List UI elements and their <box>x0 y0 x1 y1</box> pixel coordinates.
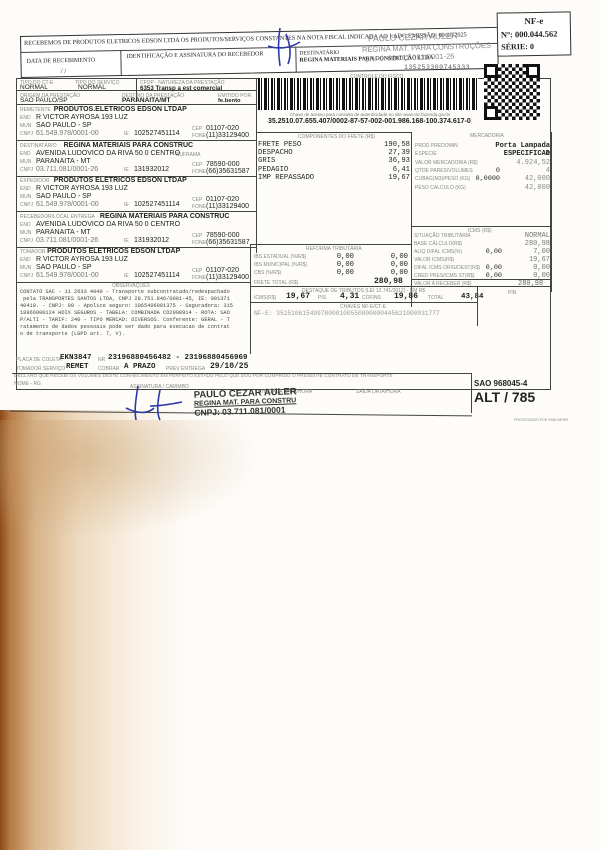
origem-value: SAO PAULO/SP <box>20 97 68 104</box>
tributos-icms-label: ICMS(R$) <box>254 295 276 301</box>
route-code: SAO 968045-4 <box>474 379 527 388</box>
party-ie-label: IE <box>124 167 129 173</box>
icms-row-value: NORMAL <box>500 232 550 240</box>
party-city: PARANAITA - MT <box>36 229 91 236</box>
party-cep: 01107-020 <box>206 125 239 132</box>
merch-row-value: 42,000 <box>490 184 550 192</box>
access-key[interactable]: 35.2510.07.655.407/0002-87-57-002-001.98… <box>268 118 471 125</box>
prev-label: PREV ENTREGA <box>166 366 205 372</box>
paper-stain <box>0 420 260 540</box>
party-cnpj: 61.549.978/0001-00 <box>36 130 99 137</box>
freight-item-name: FRETE PESO <box>258 141 301 149</box>
party-address: AVENIDA LUDOVICO DA RIVA 50 0 CENTRO <box>36 221 180 228</box>
nfe-serie: SÉRIE: 0 <box>501 42 534 52</box>
party-cep: 01107-020 <box>206 196 239 203</box>
party-cnpj-label: CNPJ <box>20 131 33 137</box>
processed-by: PROCESSADO POR SSW.inf.br <box>514 418 568 422</box>
icms-row-label: ALIQ DIFAL ICMS(%) <box>414 249 462 255</box>
signature-icon <box>120 384 190 424</box>
cobrar-value: A PRAZO <box>124 363 156 371</box>
reforma-row-label: IBS ESTADUAL (%/R$) <box>254 254 306 260</box>
stamp-cnpj: CNPJ: 03.711.081/0001 <box>194 404 297 418</box>
party-end-label: END <box>20 151 31 157</box>
party-cnpj-label: CNPJ <box>20 238 33 244</box>
party-cnpj: 61.549.978/0001-00 <box>36 272 99 279</box>
tributos-pis: 4,31 <box>340 292 359 301</box>
cobrar-label: COBRAR <box>98 366 119 372</box>
tributos-cofins: 19,86 <box>394 292 418 301</box>
nome-rg-label: NOME - RG <box>14 381 41 387</box>
party-cnpj-label: CNPJ <box>20 202 33 208</box>
icms-row-value: 280,98 <box>500 240 550 248</box>
freight-item-value: 27,39 <box>380 149 410 157</box>
reforma-row-pct: 0,00 <box>330 261 354 269</box>
frete-total-value: 280,98 <box>374 277 403 286</box>
merch-row-value: 4.924,52 <box>490 159 550 167</box>
party-fone: (11)33129400 <box>206 132 249 139</box>
receipt-date-field[interactable]: / / <box>61 67 67 75</box>
party-cep-label: CEP <box>192 268 202 274</box>
icms-row-mid: 0,00 <box>478 264 502 272</box>
freight-item-value: 6,41 <box>380 166 410 174</box>
freight-item-name: DESPACHO <box>258 149 293 157</box>
icms-row-label: BASE CÁLCULO(R$) <box>414 241 462 247</box>
party-fone-label: FONE <box>192 133 206 139</box>
tributos-total-label: TOTAL <box>428 295 444 301</box>
nr-value: 23196880456482 - 23196880456969 <box>108 354 248 362</box>
party-cep-label: CEP <box>192 233 202 239</box>
merch-row-label: PESO CALCULO (Kg) <box>415 185 466 191</box>
party-fone: (66)35631587 <box>206 168 250 175</box>
signature-icon <box>266 26 306 68</box>
reforma-row-pct: 0,00 <box>330 269 354 277</box>
reforma-row-pct: 0,00 <box>330 253 354 261</box>
observations-text: CONTATO SAC - 11 2633 4040 - Transporte … <box>20 289 233 338</box>
icms-title: ICMS (R$) <box>468 228 492 234</box>
party-mun-label: MUN <box>20 265 31 271</box>
freight-item-value: 19,67 <box>380 174 410 182</box>
icms-row-value: 7,00 <box>500 248 550 256</box>
merch-row-label: QTDE PARES/VOLUMES <box>415 168 473 174</box>
reforma-row-label: IBS MUNICIPAL (%/R$) <box>254 262 307 268</box>
party-city: SAO PAULO - SP <box>36 264 92 271</box>
placa-value: EKN3847 <box>60 354 92 362</box>
party-cnpj: 03.711.081/0001-26 <box>36 166 98 173</box>
party-end-label: END <box>20 115 31 121</box>
freight-item-name: PEDAGIO <box>258 166 288 174</box>
party-fone: (11)33129400 <box>206 274 249 281</box>
party-address: R VICTOR AYROSA 193 LUZ <box>36 256 128 263</box>
chaves-value[interactable]: NF-E: 3525106154997800010055000000044562… <box>254 310 440 317</box>
merch-row-value: 4 <box>490 167 550 175</box>
tomador-label: TOMADOR SERVIÇO <box>16 366 65 372</box>
merchandise-title: MERCADORIA <box>470 133 504 139</box>
tributos-icms: 19,67 <box>286 292 310 301</box>
party-name: REGINA MATERIAIS PARA CONSTRUC <box>100 213 230 220</box>
party-ie-label: IE <box>124 202 129 208</box>
icms-row-value: 19,67 <box>500 256 550 264</box>
freight-item-value: 36,93 <box>380 157 410 165</box>
party-cep-label: CEP <box>192 162 202 168</box>
party-fone-label: FONE <box>192 204 206 210</box>
party-name: PRODUTOS ELETRICOS EDSON LTDAP <box>54 177 187 184</box>
prev-value: 29/10/25 <box>210 362 248 371</box>
reforma-row-value: 0,00 <box>384 253 408 261</box>
placa-label: PLACA DE COLETA <box>16 357 61 363</box>
nfe-title: NF-e <box>498 15 570 26</box>
declaration-text: DECLARO QUE RECEBI OS VOLUMES DESTE CONH… <box>14 374 393 379</box>
party-ie-label: IE <box>124 273 129 279</box>
route-alt: ALT / 785 <box>474 389 535 405</box>
qr-code[interactable] <box>484 64 540 120</box>
party-city: SAO PAULO - SP <box>36 122 92 129</box>
merch-row-label: CUBAG(m3)/PESO (Kg) <box>415 176 470 182</box>
reforma-row-value: 0,00 <box>384 269 408 277</box>
party-cep-label: CEP <box>192 126 202 132</box>
reforma-title: REFORMA TRIBUTÁRIA <box>306 246 362 252</box>
fisco-code: 135253300745333 <box>404 64 470 71</box>
reforma-row-label: CBS (%/R$) <box>254 270 281 276</box>
destino-value: PARANAITA/MT <box>122 97 171 104</box>
party-city: PARANAITA - MT <box>36 158 91 165</box>
party-name: REGINA MATERIAIS PARA CONSTRUC <box>64 142 194 149</box>
tributos-cofins-label: COFINS <box>362 295 381 301</box>
party-ie: 131932012 <box>134 237 169 244</box>
nfe-number: Nº: 000.044.562 <box>501 29 558 40</box>
party-mun-label: MUN <box>20 194 31 200</box>
party-mun-label: MUN <box>20 159 31 165</box>
nfe-box: NF-e Nº: 000.044.562 SÉRIE: 0 <box>497 11 572 56</box>
freight-item-name: GRIS <box>258 157 275 165</box>
party-address: R VICTOR AYROSA 193 LUZ <box>36 114 128 121</box>
tipo-cte: NORMAL <box>20 84 48 91</box>
merch-row-value: ESPECIFICAD <box>490 150 550 158</box>
icms-row-value: 0,00 <box>500 264 550 272</box>
nr-label: NR <box>98 357 105 363</box>
saida-label: SAÍDA DATA/HORA <box>356 389 401 395</box>
party-role-label: RECEBEDOR/LOCAL ENTREGA <box>20 214 95 220</box>
reforma-row-value: 0,00 <box>384 261 408 269</box>
party-fone: (66)35631587 <box>206 239 250 246</box>
merch-row-label: VALOR MERCADORIA (R$) <box>415 160 478 166</box>
icms-row-label: DIFAL ICMS ORIG/DEST(R$) <box>414 265 480 271</box>
party-cnpj: 61.549.978/0001-00 <box>36 201 99 208</box>
party-fone-label: FONE <box>192 169 206 175</box>
party-ie-label: IE <box>124 131 129 137</box>
party-cnpj-label: CNPJ <box>20 167 33 173</box>
party-mun-label: MUN <box>20 123 31 129</box>
merch-row-label: ESPECIE <box>415 151 437 157</box>
party-ie: 102527451114 <box>134 130 180 137</box>
icms-row-label: VALOR ICMS(R$) <box>414 257 454 263</box>
party-name: PRODUTOS.ELETRICOS EDSON LTDAP <box>54 106 187 113</box>
access-key-caption: Chave de acesso para consulta de autenti… <box>290 112 451 117</box>
party-role-label: TOMADOR <box>20 249 45 255</box>
barcode <box>258 78 478 110</box>
party-role-label: DESTINATÁRIO <box>20 143 57 149</box>
party-cnpj-label: CNPJ <box>20 273 33 279</box>
party-ie: 102527451114 <box>134 201 180 208</box>
icms-row-mid: 0,00 <box>478 248 502 256</box>
party-cep: 78590-000 <box>206 232 239 239</box>
icms-row-label: SITUAÇÃO TRIBUTÁRIA <box>414 233 471 239</box>
party-address: AVENIDA LUDOVICO DA RIVA 50 0 CENTRO <box>36 150 180 157</box>
party-address: R VICTOR AYROSA 193 LUZ <box>36 185 128 192</box>
freight-title: COMPONENTES DO FRETE (R$) <box>298 134 375 140</box>
party-city: SAO PAULO - SP <box>36 193 92 200</box>
tributos-total: 43,84 <box>461 293 484 301</box>
merch-row-value: 42,000 <box>490 175 550 183</box>
party-cnpj: 03.711.081/0001-26 <box>36 237 98 244</box>
party-fone: (11)33129400 <box>206 203 249 210</box>
party-fone-label: FONE <box>192 275 206 281</box>
party-name: PRODUTOS ELETRICOS EDSON LTDAP <box>47 248 180 255</box>
party-role-label: REMETENTE <box>20 107 51 113</box>
party-fone-label: FONE <box>192 240 206 246</box>
party-cep: 01107-020 <box>206 267 239 274</box>
receiver-stamp: PAULO CEZAR AULER REGINA MAT. PARA CONST… <box>194 386 298 418</box>
party-end-label: END <box>20 222 31 228</box>
party-suframa-label: SUFRAMA <box>176 152 200 158</box>
party-ie-label: IE <box>124 238 129 244</box>
party-end-label: END <box>20 257 31 263</box>
party-role-label: EXPEDIDOR <box>20 178 49 184</box>
merch-row-label: PROD PREDOMIN <box>415 143 458 149</box>
freight-item-name: IMP REPASSADO <box>258 174 314 182</box>
tomador-value: REMET <box>66 363 89 371</box>
tributos-pis-label: PIS <box>318 295 326 301</box>
party-ie: 102527451114 <box>134 272 180 279</box>
party-ie: 131932012 <box>134 166 169 173</box>
freight-item-value: 190,58 <box>380 141 410 149</box>
tipo-servico: NORMAL <box>78 84 106 91</box>
party-cep: 78590-000 <box>206 161 239 168</box>
party-end-label: END <box>20 186 31 192</box>
party-cep-label: CEP <box>192 197 202 203</box>
pin-label: PIN <box>508 290 516 296</box>
party-mun-label: MUN <box>20 230 31 236</box>
cfop-value: 6353 Transp a est comercial <box>140 85 222 92</box>
